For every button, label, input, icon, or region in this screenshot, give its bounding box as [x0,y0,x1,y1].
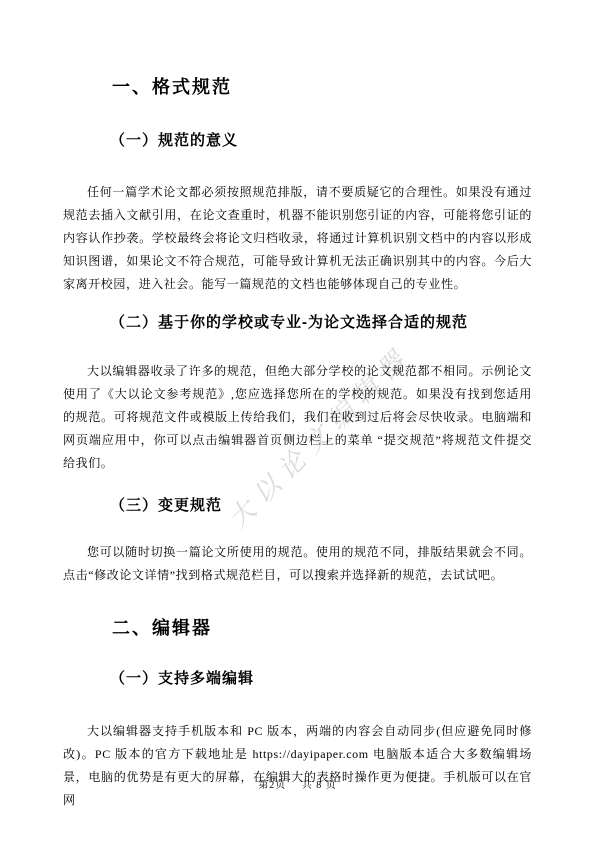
subsection-heading-change-spec: （三）变更规范 [110,496,532,516]
body-paragraph: 任何一篇学术论文都必须按照规范排版，请不要质疑它的合理性。如果没有通过规范去插入… [63,181,532,296]
page-number-total: 共 8 页 [302,780,337,791]
section-heading-format: 一、格式规范 [112,75,532,99]
subsection-heading-choose-spec: （二）基于你的学校或专业-为论文选择合适的规范 [110,313,532,333]
section-heading-editor: 二、编辑器 [112,616,532,640]
page-footer: 第2页 共 8 页 [0,776,595,791]
body-paragraph: 大以编辑器支持手机版本和 PC 版本，两端的内容会自动同步(但应避免同时修改)。… [63,720,532,812]
page-content: 一、格式规范 （一）规范的意义 任何一篇学术论文都必须按照规范排版，请不要质疑它… [63,75,532,812]
subsection-heading-multi-device: （一）支持多端编辑 [110,669,532,689]
document-page: 大以论文编辑器 一、格式规范 （一）规范的意义 任何一篇学术论文都必须按照规范排… [0,0,595,842]
page-number-current: 第2页 [258,780,286,791]
subsection-heading-meaning: （一）规范的意义 [110,131,532,151]
body-paragraph: 大以编辑器收录了许多的规范，但绝大部分学校的论文规范都不相同。示例论文使用了《大… [63,360,532,475]
body-paragraph: 您可以随时切换一篇论文所使用的规范。使用的规范不同，排版结果就会不同。点击“修改… [63,541,532,587]
